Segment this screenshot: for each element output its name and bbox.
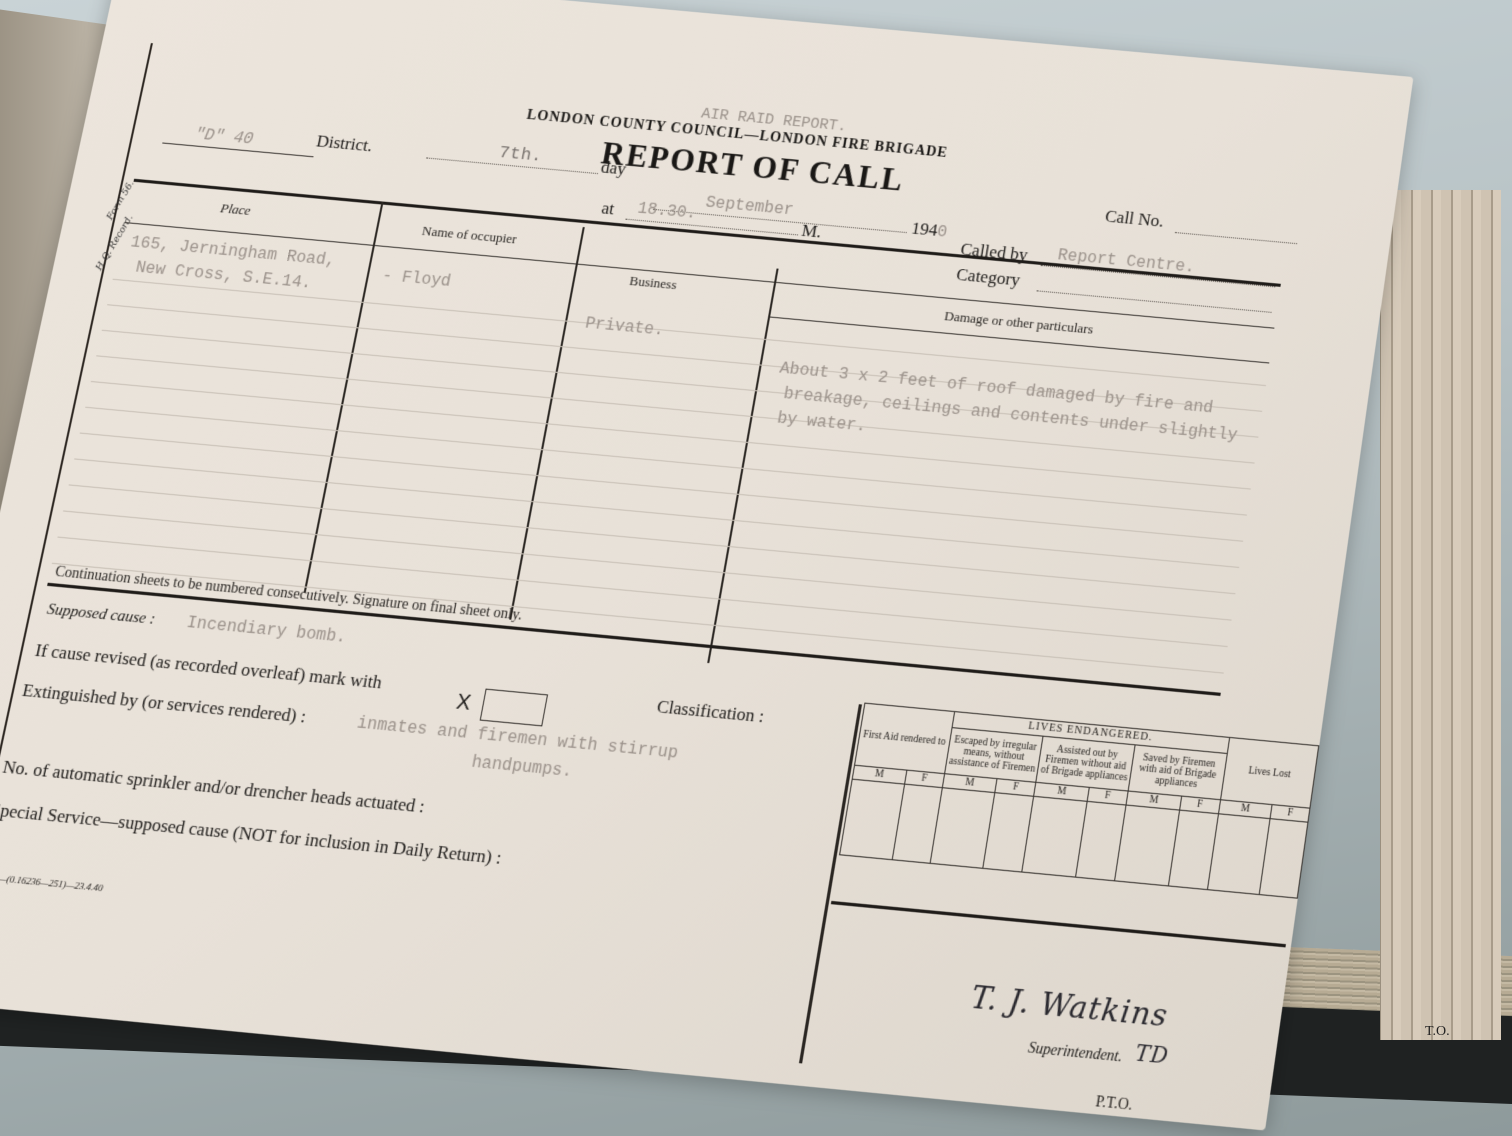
year-field[interactable]: 1940 <box>910 218 949 241</box>
special-service-field[interactable] <box>605 858 735 892</box>
revised-cause-checkbox[interactable] <box>480 689 548 727</box>
column-header-occupier: Name of occupier <box>421 223 519 248</box>
print-code: 80,000—(0.16236—251)—23.4.40 <box>0 870 104 893</box>
classification-label: Classification : <box>655 696 766 727</box>
lives-lost-header: Lives Lost <box>1220 737 1319 808</box>
extinguished-by-label: Extinguished by (or services rendered) : <box>20 680 308 728</box>
call-no-label: Call No. <box>1104 206 1166 232</box>
year-prefix: 194 <box>910 218 939 240</box>
day-label: day <box>599 157 628 179</box>
day-field[interactable]: 7th. <box>430 137 601 153</box>
stacked-page-edges: T.O. <box>1380 190 1501 1040</box>
next-page-pto: T.O. <box>1425 1024 1450 1040</box>
column-header-business: Business <box>628 273 678 294</box>
first-aid-header: First Aid rendered to <box>855 703 955 774</box>
superintendent-label: Superintendent. <box>1027 1040 1124 1067</box>
lives-section-divider <box>799 704 862 1063</box>
supposed-cause-label: Supposed cause : <box>45 601 156 629</box>
time-value: 18.30. <box>636 199 698 222</box>
report-page: Form 56. H.Q. Record. AIR RAID REPORT. L… <box>0 0 1413 1131</box>
sprinkler-field[interactable] <box>529 806 617 836</box>
called-by-field[interactable]: Report Centre. <box>1044 245 1278 266</box>
district-value: "D" 40 <box>193 125 255 148</box>
at-label: at <box>600 198 616 219</box>
pto-label: P.T.O. <box>1094 1094 1133 1115</box>
year-suffix: 0 <box>936 223 949 242</box>
day-value: 7th. <box>497 144 544 167</box>
revised-mark: X <box>454 690 473 716</box>
signature: T. J. Watkins <box>969 979 1171 1034</box>
special-service-label: Special Service—supposed cause (NOT for … <box>0 799 503 869</box>
call-no-field[interactable] <box>1175 232 1297 244</box>
supposed-cause-value[interactable]: Incendiary bomb. <box>185 613 348 647</box>
classification-field[interactable] <box>791 709 857 736</box>
signature-initials: TD <box>1134 1039 1171 1069</box>
column-header-place: Place <box>219 200 252 219</box>
extinguished-line-2: handpumps. <box>470 753 574 782</box>
lives-table-bottom-rule <box>831 901 1286 948</box>
category-label: Category <box>955 265 1022 291</box>
lives-table-container: First Aid rendered to LIVES ENDANGERED. … <box>839 703 1319 899</box>
lives-table: First Aid rendered to LIVES ENDANGERED. … <box>839 703 1319 899</box>
